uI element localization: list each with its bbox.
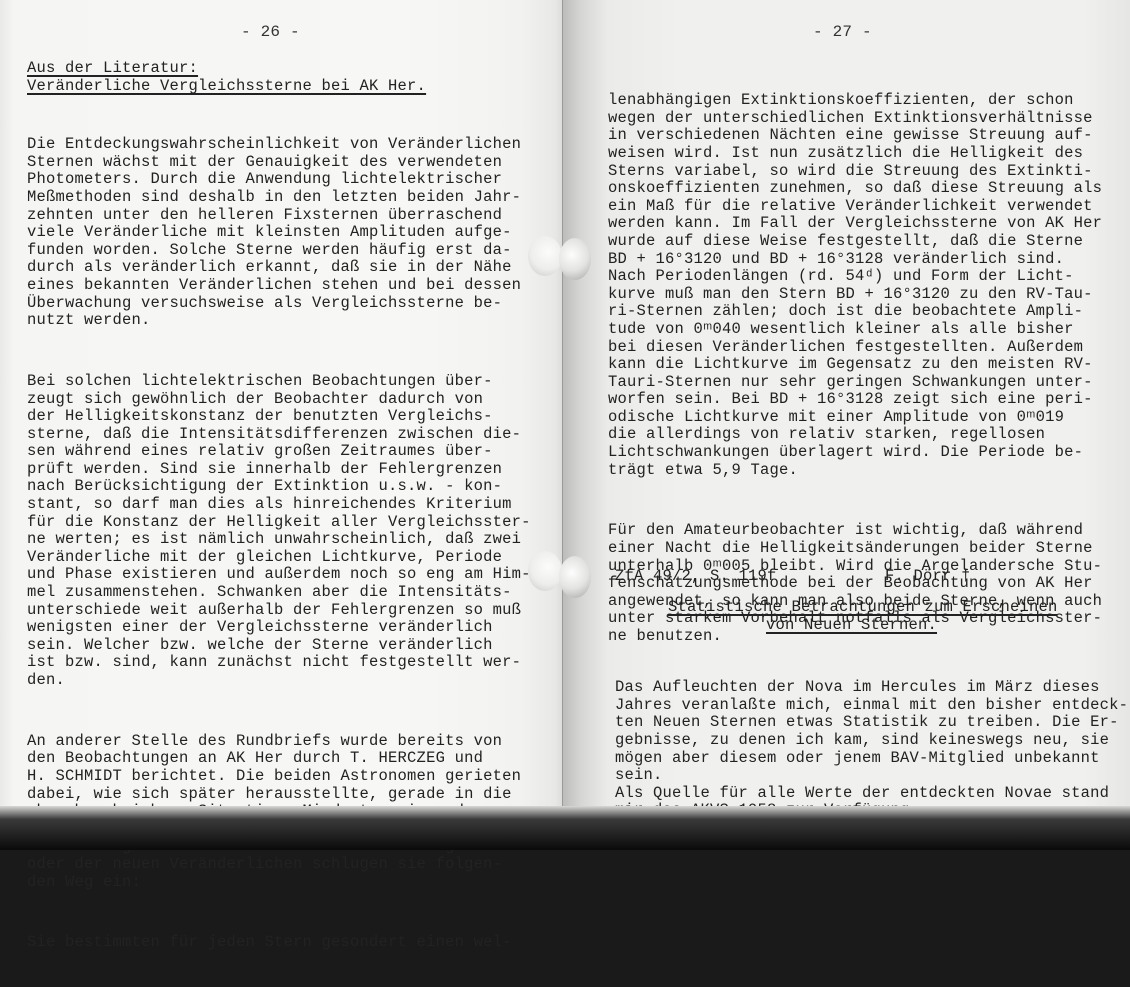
citation: ZfA 49/2, S. 119f	[615, 568, 777, 586]
right-body: lenabhängigen Extinktionskoeffizienten, …	[608, 57, 1102, 681]
paragraph: Bei solchen lichtelektrischen Beobachtun…	[27, 373, 531, 690]
punch-hole	[559, 238, 591, 280]
author-signature: F. Dörr †	[885, 568, 971, 586]
punch-hole	[528, 551, 562, 591]
paragraph: Die Entdeckungswahrscheinlichkeit von Ve…	[27, 136, 531, 330]
page-number-left: - 26 -	[241, 24, 300, 42]
left-body: Die Entdeckungswahrscheinlichkeit von Ve…	[27, 101, 531, 850]
article-title-statistics-novae-line2: von Neuen Sternen.	[766, 617, 937, 635]
article-title-variable-comparison-stars: Veränderliche Vergleichssterne bei AK He…	[27, 78, 426, 96]
punch-hole	[528, 236, 562, 276]
punch-hole	[559, 556, 591, 598]
right-page: - 27 - lenabhängigen Extinktionskoeffizi…	[563, 0, 1130, 808]
paragraph: lenabhängigen Extinktionskoeffizienten, …	[608, 92, 1102, 479]
scanned-document-spread: - 26 - Aus der Literatur: Veränderliche …	[0, 0, 1130, 850]
section-heading-literature: Aus der Literatur:	[27, 60, 198, 78]
article-title-statistics-novae: Statistische Betrachtungen zum Erscheine…	[668, 599, 1058, 617]
page-number-right: - 27 -	[813, 24, 872, 42]
paragraph: Das Aufleuchten der Nova im Hercules im …	[615, 679, 1128, 820]
scanner-edge-shadow	[0, 806, 1130, 850]
left-page: - 26 - Aus der Literatur: Veränderliche …	[0, 0, 563, 808]
